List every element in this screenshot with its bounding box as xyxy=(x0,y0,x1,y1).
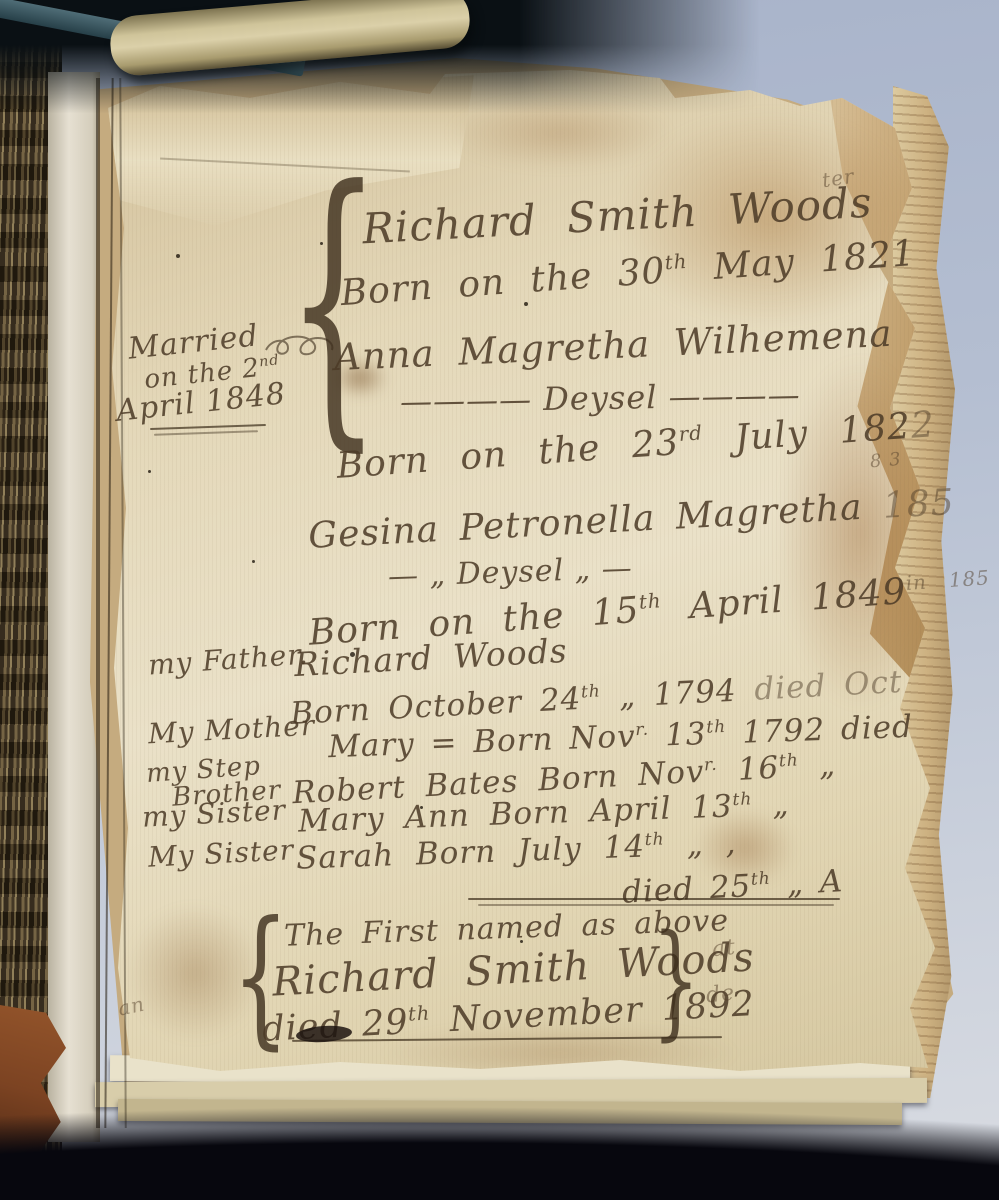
entry2-surname: ———— Deysel ———— xyxy=(400,379,801,418)
gutter-crease xyxy=(96,78,100,1128)
mother-label: My Mother xyxy=(147,712,315,749)
sister1-label: my Sister xyxy=(141,796,286,831)
torn-digit-fragment: 8 3 xyxy=(869,451,902,472)
closing-fragment-top: at xyxy=(711,937,737,961)
table-shadow xyxy=(0,1105,999,1200)
ink-spot xyxy=(252,560,255,563)
margin-fragment: an xyxy=(116,993,146,1018)
entry3-surname: — „ Deysel „ — xyxy=(388,554,634,593)
ink-spot xyxy=(176,254,180,258)
sister2-label: My Sister xyxy=(147,836,294,872)
ink-spot xyxy=(524,302,528,306)
closing-fragment-bottom: de xyxy=(705,983,736,1008)
age-stain xyxy=(420,88,700,178)
photo-of-family-bible-page: ter { Richard Smith Woods Born on the 30… xyxy=(0,0,999,1200)
ink-scribble xyxy=(262,330,336,362)
closing-brace-right: } xyxy=(652,918,700,1043)
closing-rule-top xyxy=(468,898,840,900)
ink-spot xyxy=(148,470,151,473)
